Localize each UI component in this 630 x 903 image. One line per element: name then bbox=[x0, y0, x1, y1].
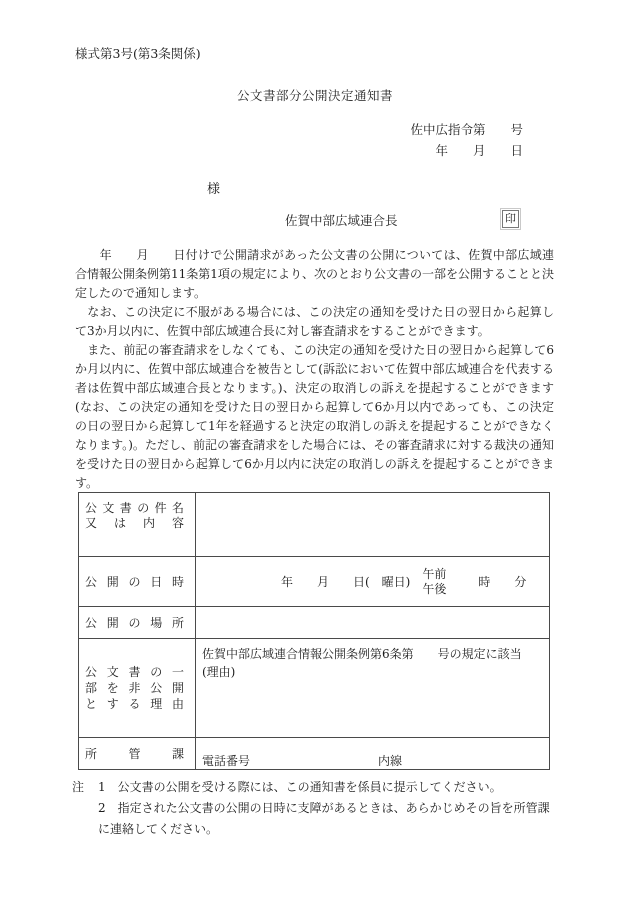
form-table: 公文書の件名又は内容 公開の日時 年 月 日( 曜日) 午前 午後 時 分 公開… bbox=[78, 492, 550, 770]
reference-block: 佐中広指令第 号 年 月 日 bbox=[410, 119, 523, 161]
note-number-2: 2 bbox=[98, 801, 106, 815]
paragraph-appeal: なお、この決定に不服がある場合には、この決定の通知を受けた日の翌日から起算して3… bbox=[75, 303, 554, 341]
reason-ordinance-line: 佐賀中部広域連合情報公開条例第6条第 号の規定に該当 bbox=[202, 645, 541, 663]
am-pm-selector: 午前 午後 bbox=[422, 567, 446, 597]
phone-number-label: 電話番号 bbox=[202, 752, 250, 769]
reason-detail-label: (理由) bbox=[202, 663, 541, 681]
note-item-2: 2指定された公文書の公開の日時に支障があるときは、あらかじめその旨を所管課に連絡… bbox=[98, 798, 555, 840]
doc-number-line: 佐中広指令第 号 bbox=[410, 119, 523, 140]
datetime-value-cell: 年 月 日( 曜日) 午前 午後 時 分 bbox=[196, 557, 549, 606]
body-text: 年 月 日付けで公開請求があった公文書の公開については、佐賀中部広域連合情報公開… bbox=[75, 246, 554, 493]
document-page: 様式第3号(第3条関係) 公文書部分公開決定通知書 佐中広指令第 号 年 月 日… bbox=[0, 0, 630, 903]
table-row-place: 公開の場所 bbox=[79, 606, 549, 638]
row-label-datetime: 公開の日時 bbox=[79, 557, 196, 606]
seal-stamp: 印 bbox=[502, 210, 519, 228]
addressee-honorific: 様 bbox=[207, 178, 220, 197]
extension-label: 内線 bbox=[378, 752, 402, 769]
subject-value-cell bbox=[196, 493, 549, 556]
table-row-section: 所管課 電話番号 内線 bbox=[79, 737, 549, 769]
form-number: 様式第3号(第3条関係) bbox=[75, 44, 201, 62]
note-number-1: 1 bbox=[98, 780, 106, 794]
row-label-subject: 公文書の件名又は内容 bbox=[79, 493, 196, 556]
notes: 注 1公文書の公開を受ける際には、この通知書を係員に提示してください。 2指定さ… bbox=[72, 777, 555, 840]
reason-value-cell: 佐賀中部広域連合情報公開条例第6条第 号の規定に該当 (理由) bbox=[196, 639, 549, 737]
place-value-cell bbox=[196, 607, 549, 638]
paragraph-decision: 年 月 日付けで公開請求があった公文書の公開については、佐賀中部広域連合情報公開… bbox=[75, 246, 554, 303]
page-title: 公文書部分公開決定通知書 bbox=[0, 86, 630, 104]
datetime-date-blanks: 年 月 日( 曜日) bbox=[281, 573, 410, 590]
note-item-1: 1公文書の公開を受ける際には、この通知書を係員に提示してください。 bbox=[98, 777, 555, 798]
table-row-subject: 公文書の件名又は内容 bbox=[79, 493, 549, 556]
row-label-reason: 公文書の一部を非公開とする理由 bbox=[79, 639, 196, 737]
section-value-cell: 電話番号 内線 bbox=[196, 738, 549, 769]
table-row-datetime: 公開の日時 年 月 日( 曜日) 午前 午後 時 分 bbox=[79, 556, 549, 606]
note-text-1: 公文書の公開を受ける際には、この通知書を係員に提示してください。 bbox=[118, 780, 502, 794]
datetime-time-blanks: 時 分 bbox=[478, 573, 526, 590]
row-label-place: 公開の場所 bbox=[79, 607, 196, 638]
pm-option: 午後 bbox=[422, 582, 446, 597]
doc-date-line: 年 月 日 bbox=[410, 140, 523, 161]
note-text-2: 指定された公文書の公開の日時に支障があるときは、あらかじめその旨を所管課に連絡し… bbox=[98, 801, 550, 836]
paragraph-lawsuit: また、前記の審査請求をしなくても、この決定の通知を受けた日の翌日から起算して6か… bbox=[75, 341, 554, 493]
am-option: 午前 bbox=[422, 567, 446, 582]
sender-name: 佐賀中部広域連合長 bbox=[285, 211, 398, 229]
table-row-reason: 公文書の一部を非公開とする理由 佐賀中部広域連合情報公開条例第6条第 号の規定に… bbox=[79, 638, 549, 737]
notes-list: 1公文書の公開を受ける際には、この通知書を係員に提示してください。 2指定された… bbox=[98, 777, 555, 840]
row-label-section: 所管課 bbox=[79, 738, 196, 769]
notes-marker: 注 bbox=[72, 777, 98, 840]
